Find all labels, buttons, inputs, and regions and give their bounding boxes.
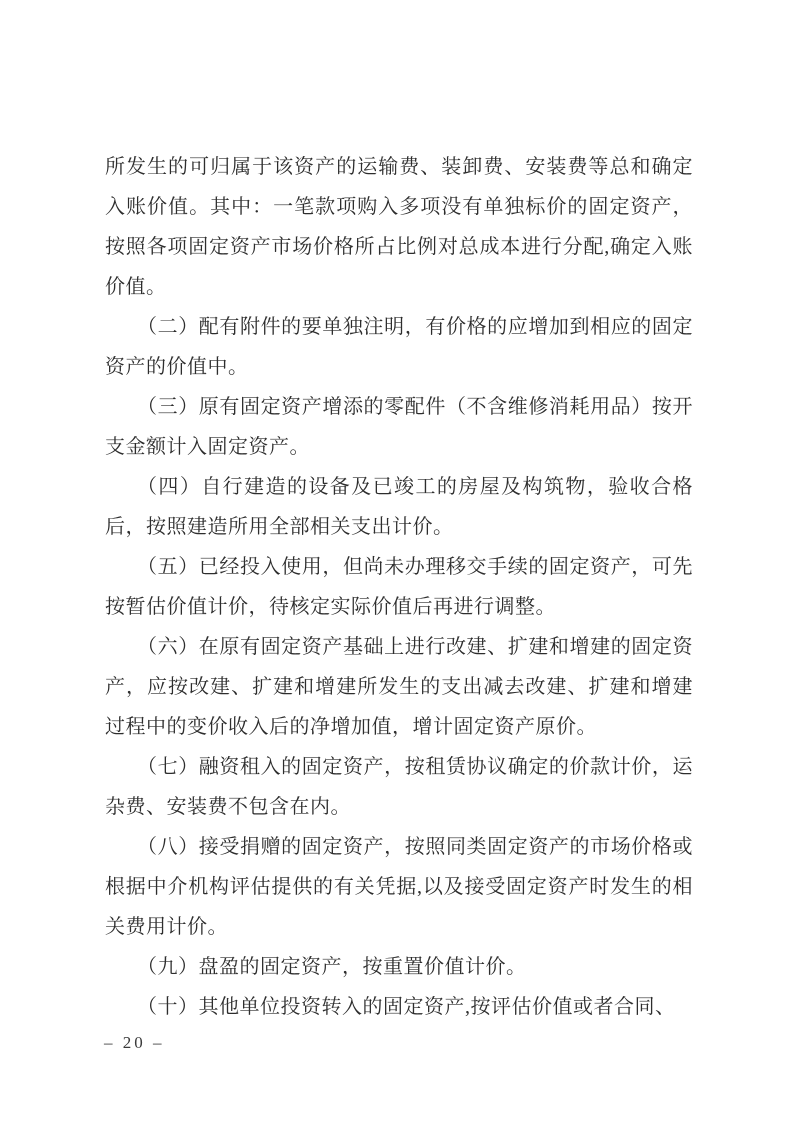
paragraph-item-10: （十）其他单位投资转入的固定资产,按评估价值或者合同、 [105,987,693,1027]
paragraph-item-4: （四）自行建造的设备及已竣工的房屋及构筑物，验收合格后，按照建造所用全部相关支出… [105,467,693,547]
paragraph-continuation: 所发生的可归属于该资产的运输费、装卸费、安装费等总和确定入账价值。其中：一笔款项… [105,147,693,307]
paragraph-item-8: （八）接受捐赠的固定资产，按照同类固定资产的市场价格或根据中介机构评估提供的有关… [105,827,693,947]
paragraph-item-2: （二）配有附件的要单独注明，有价格的应增加到相应的固定资产的价值中。 [105,307,693,387]
document-body: 所发生的可归属于该资产的运输费、装卸费、安装费等总和确定入账价值。其中：一笔款项… [105,147,693,1027]
paragraph-item-9: （九）盘盈的固定资产，按重置价值计价。 [105,947,693,987]
paragraph-item-3: （三）原有固定资产增添的零配件（不含维修消耗用品）按开支金额计入固定资产。 [105,387,693,467]
paragraph-item-5: （五）已经投入使用，但尚未办理移交手续的固定资产，可先按暂估价值计价，待核定实际… [105,547,693,627]
paragraph-item-6: （六）在原有固定资产基础上进行改建、扩建和增建的固定资产，应按改建、扩建和增建所… [105,627,693,747]
paragraph-item-7: （七）融资租入的固定资产，按租赁协议确定的价款计价，运杂费、安装费不包含在内。 [105,747,693,827]
page-number: – 20 – [104,1032,165,1054]
document-page: 所发生的可归属于该资产的运输费、装卸费、安装费等总和确定入账价值。其中：一笔款项… [0,0,794,1123]
